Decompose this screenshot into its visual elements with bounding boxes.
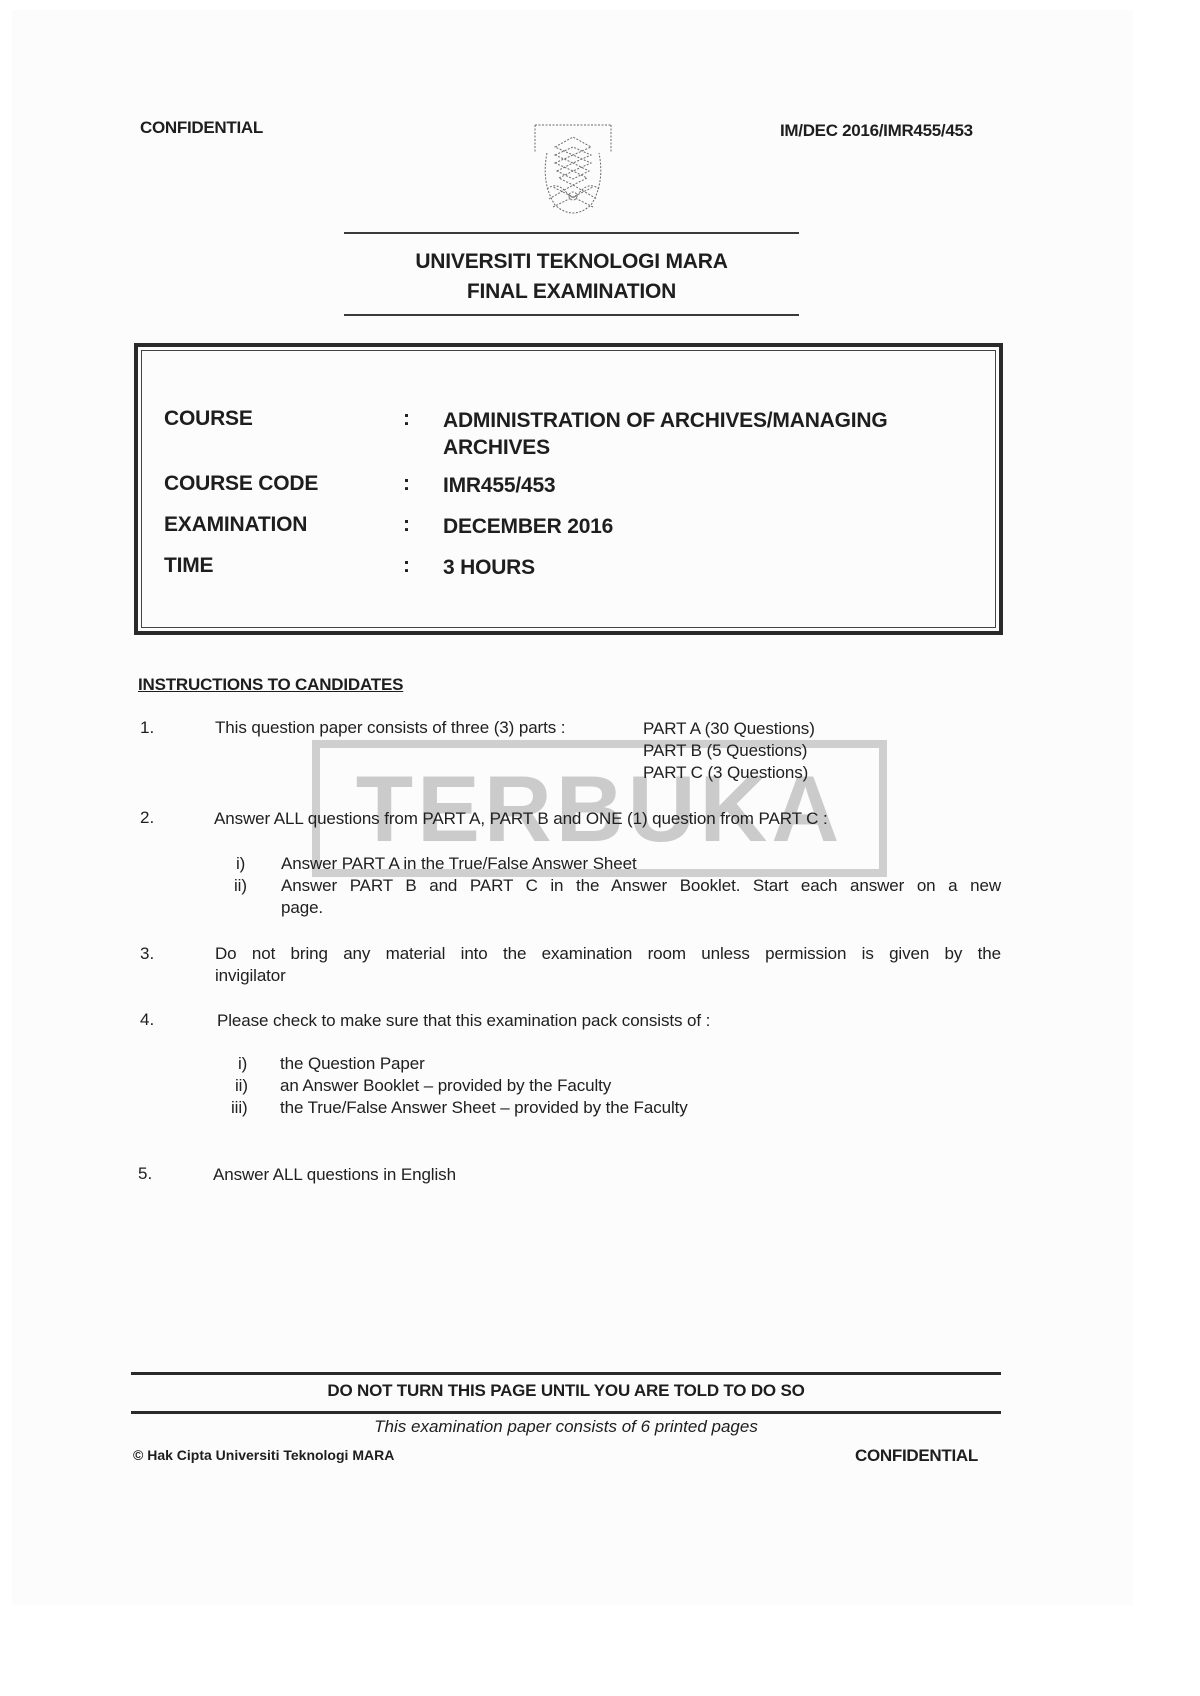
examination-label: EXAMINATION: [164, 513, 307, 537]
instruction-text: Please check to make sure that this exam…: [217, 1011, 710, 1031]
time-colon: :: [403, 554, 410, 578]
confidential-label: CONFIDENTIAL: [140, 118, 263, 138]
instruction-text: This question paper consists of three (3…: [215, 718, 565, 738]
header-rule-bottom: [344, 314, 799, 316]
instruction-number: 1.: [140, 718, 154, 738]
sub-marker: ii): [234, 876, 247, 896]
university-title: UNIVERSITI TEKNOLOGI MARA FINAL EXAMINAT…: [344, 247, 799, 307]
part-c-count: PART C (3 Questions): [643, 763, 808, 783]
course-value-line1: ADMINISTRATION OF ARCHIVES/MANAGING: [443, 409, 888, 432]
instruction-number: 2.: [140, 808, 154, 828]
sub-instruction-text: Answer PART B and PART C in the Answer B…: [281, 876, 1001, 896]
page-count-note: This examination paper consists of 6 pri…: [131, 1417, 1001, 1437]
sub-instruction-text-cont: page.: [281, 898, 323, 918]
header-rule-top: [344, 232, 799, 234]
pack-item: an Answer Booklet – provided by the Facu…: [280, 1076, 611, 1096]
pack-item: the Question Paper: [280, 1054, 425, 1074]
exam-type: FINAL EXAMINATION: [344, 277, 799, 307]
instruction-number: 5.: [138, 1164, 152, 1184]
university-name: UNIVERSITI TEKNOLOGI MARA: [344, 247, 799, 277]
course-info-box: COURSE : ADMINISTRATION OF ARCHIVES/MANA…: [134, 343, 1003, 635]
university-crest-icon: [533, 123, 613, 223]
sub-marker: iii): [231, 1098, 248, 1118]
instruction-number: 4.: [140, 1010, 154, 1030]
part-b-count: PART B (5 Questions): [643, 741, 807, 761]
sub-instruction-text: Answer PART A in the True/False Answer S…: [281, 854, 637, 874]
instruction-number: 3.: [140, 944, 154, 964]
part-a-count: PART A (30 Questions): [643, 719, 815, 739]
instructions-heading: INSTRUCTIONS TO CANDIDATES: [138, 675, 403, 695]
examination-value: DECEMBER 2016: [443, 513, 983, 540]
course-code-value: IMR455/453: [443, 472, 983, 499]
course-label: COURSE: [164, 407, 253, 431]
time-label: TIME: [164, 554, 213, 578]
sub-marker: i): [238, 1054, 247, 1074]
instruction-text: Do not bring any material into the exami…: [215, 944, 1001, 964]
instruction-text-cont: invigilator: [215, 966, 286, 986]
course-code-label: COURSE CODE: [164, 472, 318, 496]
footer-confidential-label: CONFIDENTIAL: [855, 1446, 978, 1466]
pack-item: the True/False Answer Sheet – provided b…: [280, 1098, 688, 1118]
exam-reference-code: IM/DEC 2016/IMR455/453: [780, 121, 973, 141]
course-value: ADMINISTRATION OF ARCHIVES/MANAGING ARCH…: [443, 407, 983, 461]
time-value: 3 HOURS: [443, 554, 983, 581]
instruction-text: Answer ALL questions from PART A, PART B…: [214, 809, 828, 829]
footer-rule-top: [131, 1372, 1001, 1375]
sub-marker: i): [236, 854, 245, 874]
do-not-turn-warning: DO NOT TURN THIS PAGE UNTIL YOU ARE TOLD…: [131, 1381, 1001, 1401]
footer-rule-bottom: [131, 1411, 1001, 1414]
course-code-colon: :: [403, 472, 410, 496]
instruction-text: Answer ALL questions in English: [213, 1165, 456, 1185]
sub-marker: ii): [235, 1076, 248, 1096]
course-value-line2: ARCHIVES: [443, 436, 550, 459]
copyright-notice: © Hak Cipta Universiti Teknologi MARA: [133, 1447, 394, 1463]
examination-colon: :: [403, 513, 410, 537]
course-colon: :: [403, 407, 410, 431]
